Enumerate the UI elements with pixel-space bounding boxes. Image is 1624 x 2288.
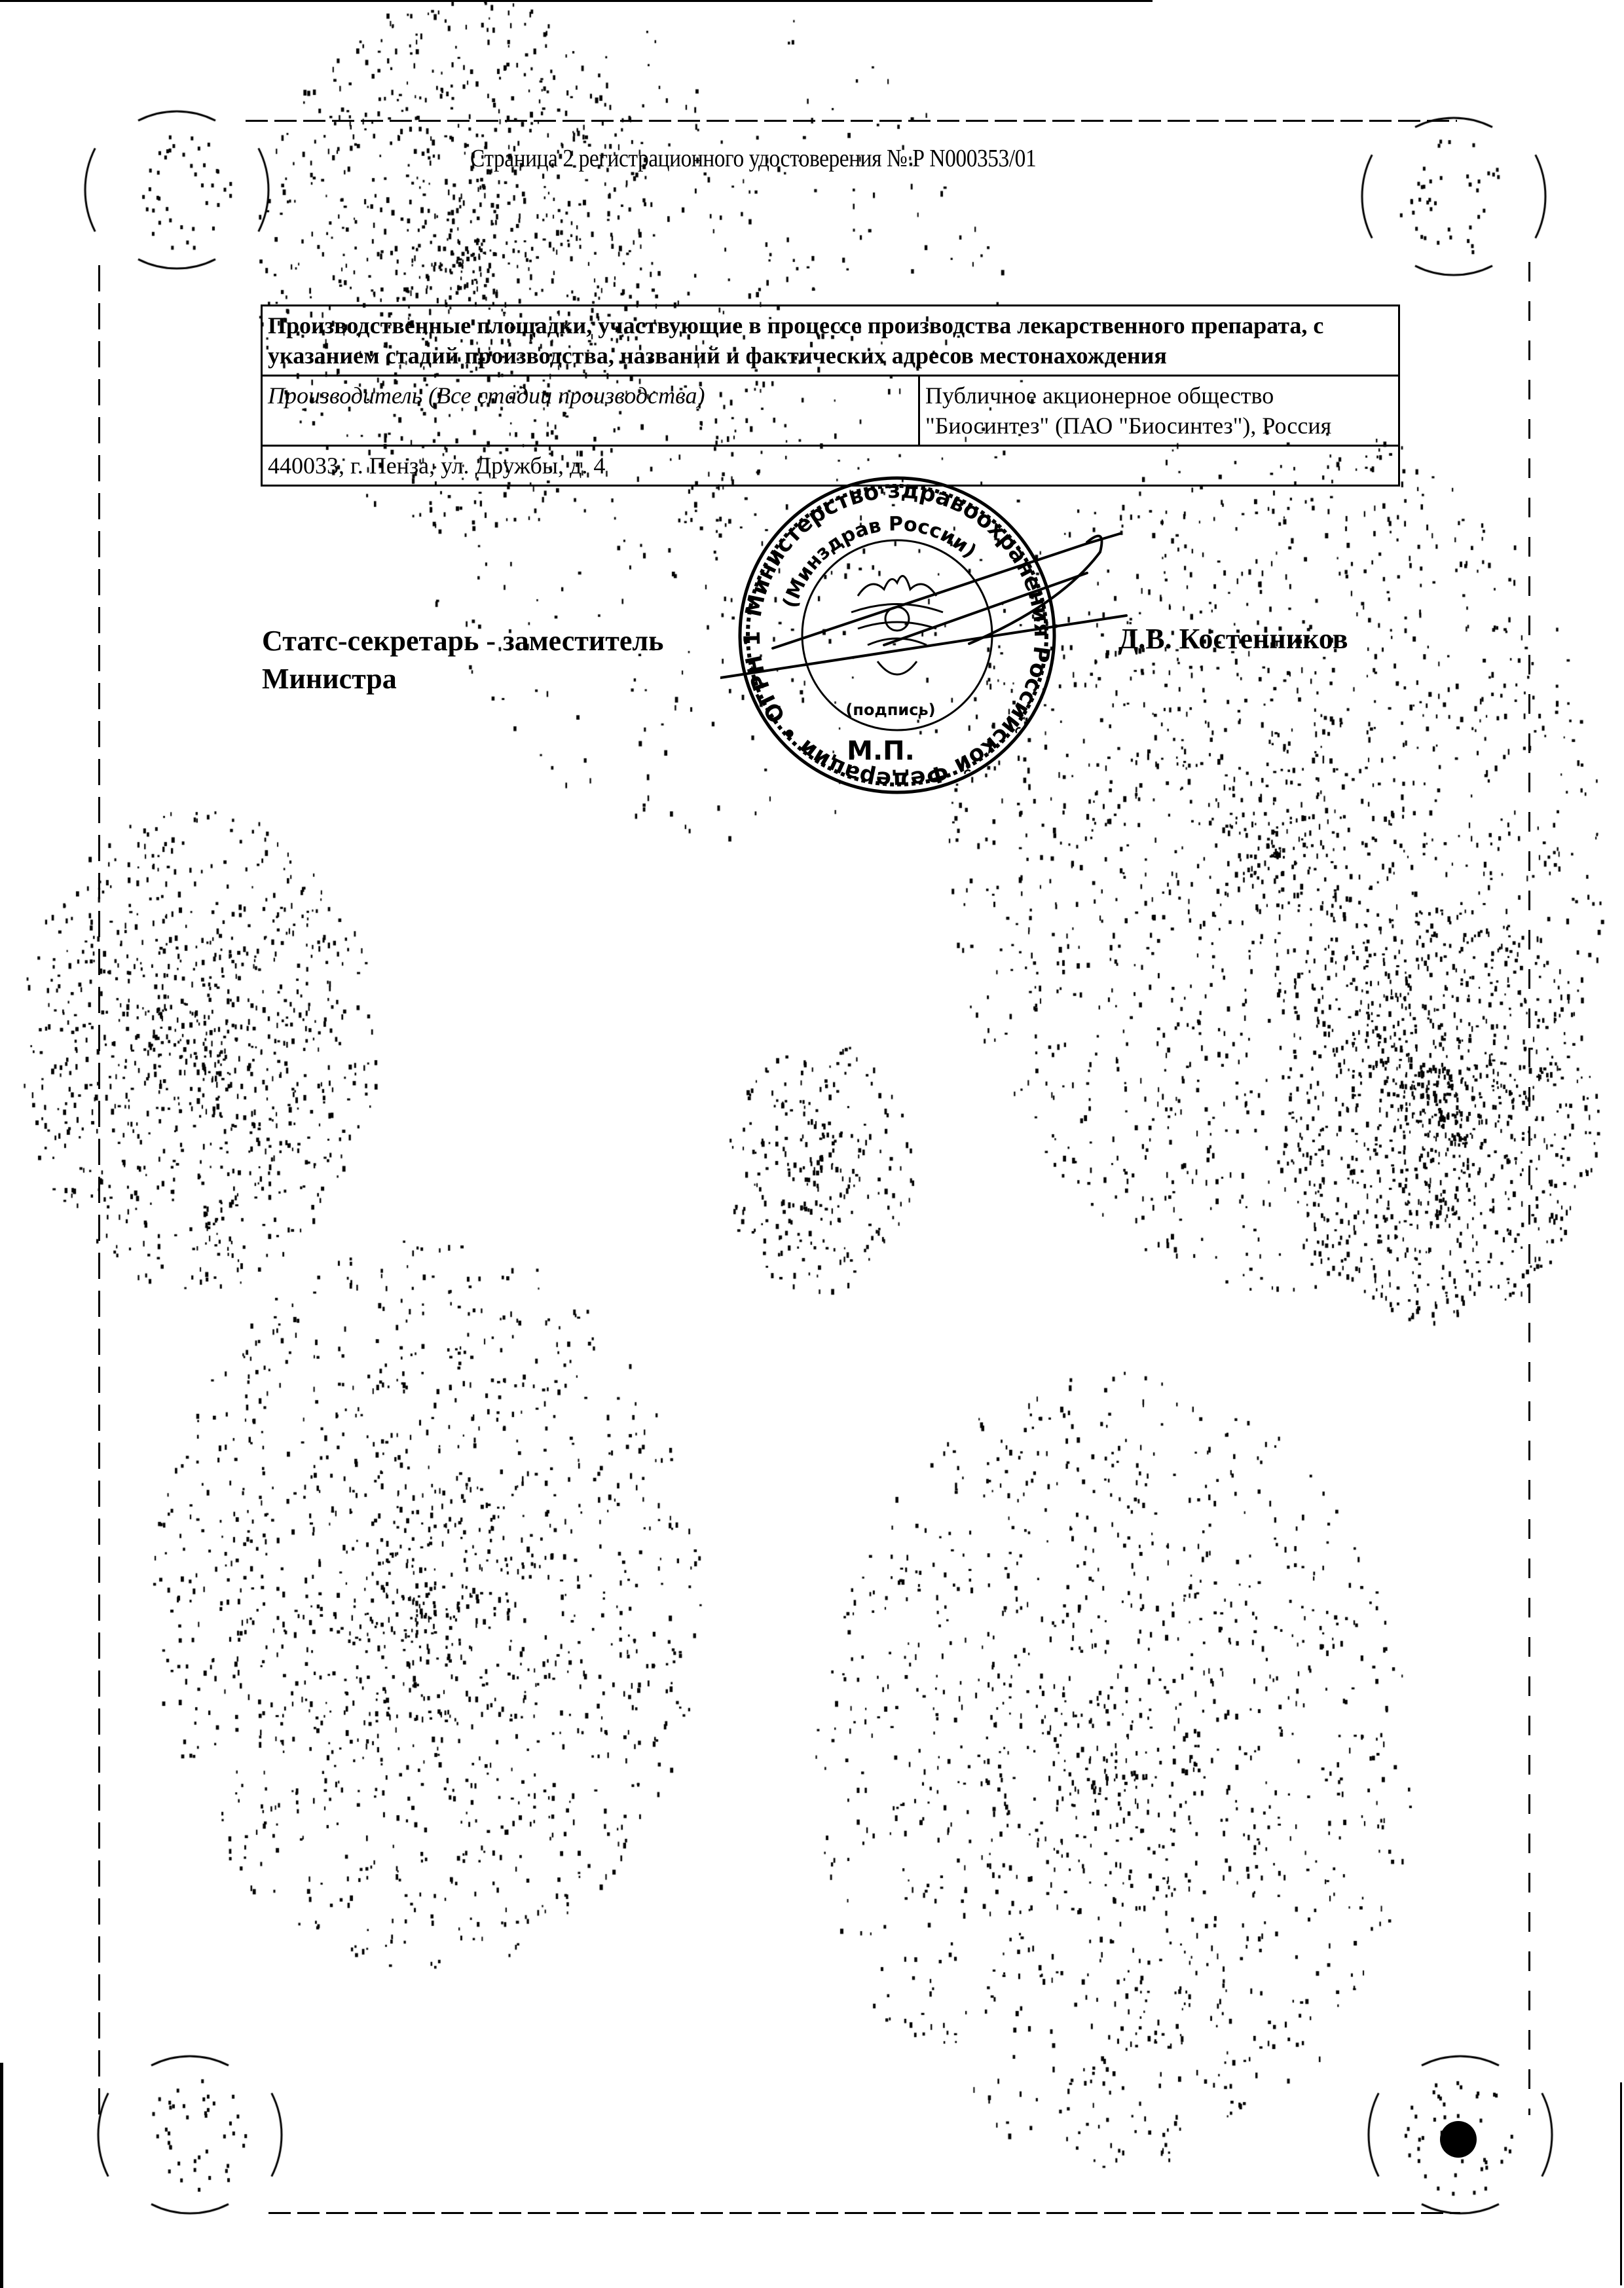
frame-border-bottom [268,2212,1460,2214]
frame-border-left [98,265,100,2118]
seal-signature-caption: (подпись) [845,701,935,719]
manufacturer-organization: Публичное акционерное общество "Биосинте… [919,376,1399,446]
manufacturer-role: Производитель (Все стадии производства) [262,376,919,446]
frame-border-right [1528,262,1530,2115]
signatory-position-line1: Статс-секретарь - заместитель [262,622,663,660]
page-header: Страница 2 регистрационного удостоверени… [470,144,1036,173]
scan-edge-left [0,2063,3,2288]
signatory-position-line2: Министра [262,660,663,698]
manufacturing-sites-table: Производственные площадки, участвующие в… [261,304,1400,487]
frame-border-top [246,120,1457,122]
signatory-position: Статс-секретарь - заместитель Министра [262,622,663,698]
signatory-name: Д.В. Костенников [1118,622,1348,655]
scan-edge-right [1620,2082,1622,2285]
seal-mp-label: М.П. [847,736,915,766]
scan-edge-top [0,0,1153,2]
binding-hole-mark [1440,2121,1477,2158]
table-row: Производитель (Все стадии производства) … [262,376,1399,446]
table-heading: Производственные площадки, участвующие в… [262,306,1399,376]
table-heading-row: Производственные площадки, участвующие в… [262,306,1399,376]
handwritten-signature [720,524,1146,694]
